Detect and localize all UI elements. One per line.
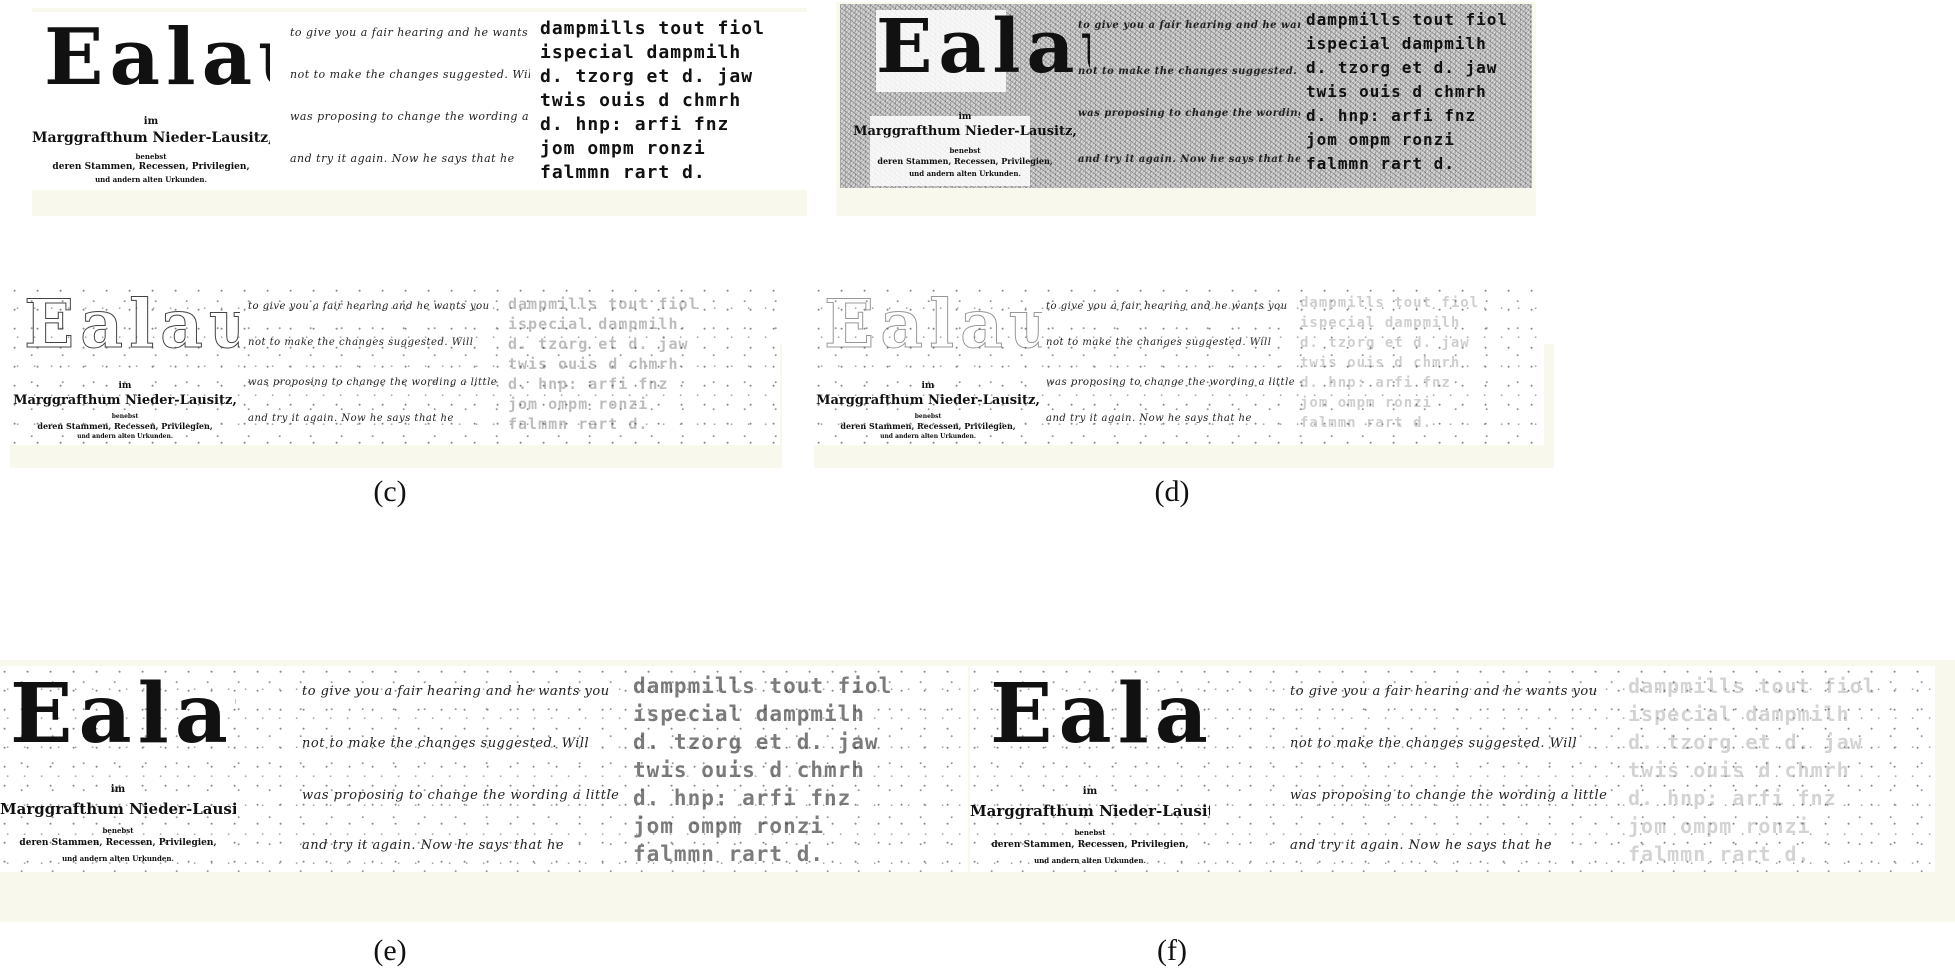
handwriting-segment: to give you a fair hearing and he wants … bbox=[280, 12, 530, 190]
medieval-segment: dampmills tout fiol ispecial dampmilh d.… bbox=[1620, 666, 1935, 872]
printed-line-items: deren Stammen, Recessen, Privilegien, bbox=[970, 840, 1210, 850]
panel-f-image: Ealau im Marggrafthum Nieder-Lausitz, be… bbox=[970, 666, 1935, 872]
handwriting-line-4: and try it again. Now he says that he bbox=[302, 838, 564, 853]
medieval-line-5: d. hnp: arfi fnz bbox=[1300, 375, 1451, 391]
medieval-line-7: falmmn rart d. bbox=[508, 415, 648, 433]
handwriting-line-4: and try it again. Now he says that he bbox=[1046, 413, 1252, 424]
medieval-line-2: ispecial dampmilh bbox=[1628, 702, 1850, 726]
printed-line-benebst: benebst bbox=[10, 413, 240, 420]
handwriting-line-2: not to make the changes suggested. Will bbox=[302, 736, 589, 751]
medieval-line-1: dampmills tout fiol bbox=[508, 295, 699, 313]
handwriting-line-2: not to make the changes suggested. Will bbox=[1078, 66, 1300, 77]
caption-c: (c) bbox=[330, 475, 450, 509]
medieval-segment: dampmills tout fiol ispecial dampmilh d.… bbox=[1298, 4, 1532, 188]
printed-line-benebst: benebst bbox=[814, 413, 1042, 420]
medieval-line-6: jom ompm ronzi bbox=[1300, 395, 1432, 411]
handwriting-segment: to give you a fair hearing and he wants … bbox=[238, 285, 500, 445]
handwriting-line-3: was proposing to change the wording a li… bbox=[302, 788, 619, 803]
handwriting-line-1: to give you a fair hearing and he wants … bbox=[248, 301, 490, 312]
printed-title: Ealau bbox=[24, 285, 240, 363]
printed-title: Ealau bbox=[10, 666, 236, 762]
handwriting-line-4: and try it again. Now he says that he bbox=[248, 413, 454, 424]
medieval-line-1: dampmills tout fiol bbox=[1628, 674, 1876, 698]
medieval-segment: dampmills tout fiol ispecial dampmilh d.… bbox=[625, 666, 968, 872]
printed-line-region: Marggrafthum Nieder-Lausitz, bbox=[0, 800, 236, 818]
medieval-line-7: falmmn rart d. bbox=[1300, 415, 1432, 431]
medieval-line-2: ispecial dampmilh bbox=[508, 315, 679, 333]
handwriting-line-1: to give you a fair hearing and he wants … bbox=[1078, 20, 1300, 31]
printed-title: Ealau bbox=[876, 4, 1090, 90]
handwriting-line-3: was proposing to change the wording a li… bbox=[248, 377, 497, 388]
panel-d-image: Ealau im Marggrafthum Nieder-Lausitz, be… bbox=[814, 285, 1544, 445]
printed-title: Ealau bbox=[824, 285, 1042, 363]
printed-line-region: Marggrafthum Nieder-Lausitz, bbox=[10, 393, 240, 408]
handwriting-line-1: to give you a fair hearing and he wants … bbox=[302, 684, 610, 699]
printed-line-items: deren Stammen, Recessen, Privilegien, bbox=[10, 421, 240, 431]
medieval-line-5: d. hnp: arfi fnz bbox=[1306, 106, 1476, 125]
handwriting-line-4: and try it again. Now he says that he bbox=[1078, 154, 1300, 165]
medieval-line-7: falmmn rart d. bbox=[1306, 154, 1455, 173]
medieval-line-1: dampmills tout fiol bbox=[1306, 10, 1508, 29]
medieval-line-2: ispecial dampmilh bbox=[1306, 34, 1487, 53]
printed-line-im: im bbox=[970, 786, 1210, 797]
medieval-line-5: d. hnp: arfi fnz bbox=[633, 786, 851, 810]
handwriting-line-3: was proposing to change the wording a li… bbox=[1290, 788, 1607, 803]
handwriting-line-2: not to make the changes suggested. Will bbox=[1290, 736, 1577, 751]
printed-line-items: deren Stammen, Recessen, Privilegien, bbox=[814, 421, 1042, 431]
printed-page-segment: Ealau im Marggrafthum Nieder-Lausitz, be… bbox=[970, 666, 1210, 872]
handwriting-segment: to give you a fair hearing and he wants … bbox=[1280, 666, 1620, 872]
printed-line-region: Marggrafthum Nieder-Lausitz, bbox=[32, 130, 270, 146]
printed-line-im: im bbox=[0, 784, 236, 795]
medieval-line-1: dampmills tout fiol bbox=[540, 18, 765, 39]
medieval-segment: dampmills tout fiol ispecial dampmilh d.… bbox=[532, 12, 807, 190]
printed-line-im: im bbox=[814, 381, 1042, 391]
printed-line-benebst: benebst bbox=[0, 826, 236, 835]
medieval-line-6: jom ompm ronzi bbox=[540, 138, 706, 159]
printed-line-region: Marggrafthum Nieder-Lausitz, bbox=[840, 124, 1090, 139]
caption-d: (d) bbox=[1112, 475, 1232, 509]
printed-line-benebst: benebst bbox=[32, 152, 270, 161]
medieval-line-3: d. tzorg et d. jaw bbox=[540, 66, 753, 87]
medieval-line-5: d. hnp: arfi fnz bbox=[540, 114, 729, 135]
medieval-segment: dampmills tout fiol ispecial dampmilh d.… bbox=[1292, 285, 1544, 445]
medieval-line-5: d. hnp: arfi fnz bbox=[508, 375, 669, 393]
medieval-line-6: jom ompm ronzi bbox=[1306, 130, 1455, 149]
printed-title: Ealau bbox=[990, 666, 1210, 762]
medieval-line-4: twis ouis d chmrh bbox=[508, 355, 679, 373]
medieval-line-2: ispecial dampmilh bbox=[540, 42, 741, 63]
printed-line-documents: und andern alten Urkunden. bbox=[10, 433, 240, 440]
printed-line-documents: und andern alten Urkunden. bbox=[970, 856, 1210, 865]
printed-page-segment: Ealau im Marggrafthum Nieder-Lausitz, be… bbox=[840, 4, 1090, 188]
handwriting-line-1: to give you a fair hearing and he wants … bbox=[1046, 301, 1288, 312]
printed-line-items: deren Stammen, Recessen, Privilegien, bbox=[840, 156, 1090, 166]
handwriting-line-4: and try it again. Now he says that he bbox=[290, 152, 515, 165]
printed-page-segment: Ealau im Marggrafthum Nieder-Lausitz, be… bbox=[32, 12, 270, 190]
handwriting-line-1: to give you a fair hearing and he wants … bbox=[290, 26, 530, 39]
medieval-line-4: twis ouis d chmrh bbox=[540, 90, 741, 111]
panel-a-image: Ealau im Marggrafthum Nieder-Lausitz, be… bbox=[32, 12, 807, 190]
medieval-line-1: dampmills tout fiol bbox=[1300, 295, 1479, 311]
handwriting-line-3: was proposing to change the wording a li… bbox=[1078, 108, 1300, 119]
medieval-line-3: d. tzorg et d. jaw bbox=[508, 335, 689, 353]
medieval-line-2: ispecial dampmilh bbox=[1300, 315, 1460, 331]
medieval-line-3: d. tzorg et d. jaw bbox=[1628, 730, 1863, 754]
caption-e: (e) bbox=[330, 934, 450, 968]
panel-b-image: Ealau im Marggrafthum Nieder-Lausitz, be… bbox=[840, 4, 1532, 188]
printed-line-items: deren Stammen, Recessen, Privilegien, bbox=[32, 162, 270, 172]
medieval-line-4: twis ouis d chmrh bbox=[1628, 758, 1850, 782]
printed-line-documents: und andern alten Urkunden. bbox=[814, 433, 1042, 440]
handwriting-line-3: was proposing to change the wording a li… bbox=[290, 110, 530, 123]
medieval-line-7: falmmn rart d. bbox=[633, 842, 824, 866]
printed-line-benebst: benebst bbox=[970, 828, 1210, 837]
printed-page-segment: Ealau im Marggrafthum Nieder-Lausitz, be… bbox=[814, 285, 1042, 445]
medieval-line-1: dampmills tout fiol bbox=[633, 674, 892, 698]
printed-page-segment: Ealau im Marggrafthum Nieder-Lausitz, be… bbox=[10, 285, 240, 445]
medieval-line-4: twis ouis d chmrh bbox=[633, 758, 865, 782]
handwriting-segment: to give you a fair hearing and he wants … bbox=[1068, 4, 1300, 188]
medieval-line-4: twis ouis d chmrh bbox=[1300, 355, 1460, 371]
medieval-line-7: falmmn rart d. bbox=[540, 162, 706, 183]
panel-e-image: Ealau im Marggrafthum Nieder-Lausitz, be… bbox=[0, 666, 968, 872]
handwriting-line-2: not to make the changes suggested. Will bbox=[290, 68, 530, 81]
printed-line-benebst: benebst bbox=[840, 146, 1090, 155]
printed-line-im: im bbox=[10, 381, 240, 391]
printed-line-documents: und andern alten Urkunden. bbox=[0, 854, 236, 863]
medieval-line-6: jom ompm ronzi bbox=[1628, 814, 1811, 838]
medieval-line-6: jom ompm ronzi bbox=[633, 814, 824, 838]
medieval-line-3: d. tzorg et d. jaw bbox=[1306, 58, 1497, 77]
printed-line-region: Marggrafthum Nieder-Lausitz, bbox=[814, 393, 1042, 408]
printed-page-segment: Ealau im Marggrafthum Nieder-Lausitz, be… bbox=[0, 666, 236, 872]
printed-line-items: deren Stammen, Recessen, Privilegien, bbox=[0, 838, 236, 848]
medieval-line-3: d. tzorg et d. jaw bbox=[1300, 335, 1470, 351]
medieval-line-4: twis ouis d chmrh bbox=[1306, 82, 1487, 101]
handwriting-segment: to give you a fair hearing and he wants … bbox=[292, 666, 622, 872]
handwriting-line-2: not to make the changes suggested. Will bbox=[1046, 337, 1271, 348]
medieval-line-5: d. hnp: arfi fnz bbox=[1628, 786, 1837, 810]
medieval-line-3: d. tzorg et d. jaw bbox=[633, 730, 879, 754]
printed-line-region: Marggrafthum Nieder-Lausitz, bbox=[970, 802, 1210, 820]
medieval-line-2: ispecial dampmilh bbox=[633, 702, 865, 726]
medieval-line-7: falmmn rart d. bbox=[1628, 842, 1811, 866]
printed-line-documents: und andern alten Urkunden. bbox=[840, 169, 1090, 178]
medieval-line-6: jom ompm ronzi bbox=[508, 395, 648, 413]
printed-line-im: im bbox=[840, 112, 1090, 122]
medieval-segment: dampmills tout fiol ispecial dampmilh d.… bbox=[500, 285, 780, 445]
printed-line-documents: und andern alten Urkunden. bbox=[32, 175, 270, 184]
handwriting-line-4: and try it again. Now he says that he bbox=[1290, 838, 1552, 853]
handwriting-line-3: was proposing to change the wording a li… bbox=[1046, 377, 1294, 388]
printed-title: Ealau bbox=[44, 12, 270, 103]
handwriting-segment: to give you a fair hearing and he wants … bbox=[1036, 285, 1294, 445]
printed-line-im: im bbox=[32, 116, 270, 127]
caption-f: (f) bbox=[1112, 934, 1232, 968]
handwriting-line-2: not to make the changes suggested. Will bbox=[248, 337, 473, 348]
handwriting-line-1: to give you a fair hearing and he wants … bbox=[1290, 684, 1598, 699]
